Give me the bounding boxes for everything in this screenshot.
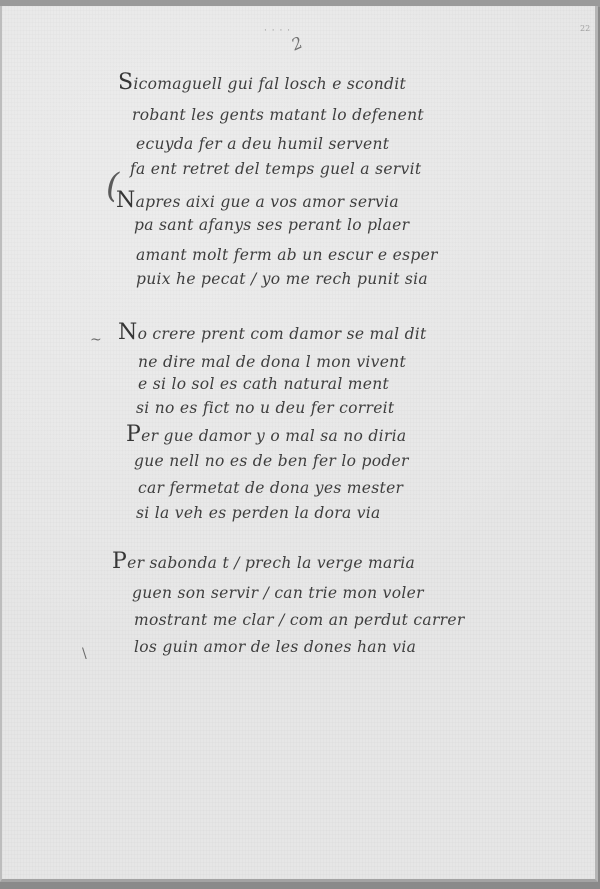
verse-line: mostrant me clar / com an perdut carrer: [134, 611, 465, 629]
verse-text: guen son servir / can trie mon voler: [132, 584, 424, 602]
verse-line: Per sabonda t / prech la verge maria: [112, 549, 415, 574]
initial-letter: P: [112, 549, 127, 574]
margin-mark-slash: \: [82, 646, 87, 662]
verse-text: mostrant me clar / com an perdut carrer: [134, 611, 465, 629]
verse-line: los guin amor de les dones han via: [134, 638, 416, 656]
verse-text: er sabonda t / prech la verge maria: [127, 554, 415, 572]
stanza-3: Per sabonda t / prech la verge maria gue…: [2, 6, 600, 686]
verse-line: guen son servir / can trie mon voler: [132, 584, 424, 602]
manuscript-page: · · · · 2 22 Sicomaguell gui fal losch e…: [0, 6, 598, 882]
verse-text: los guin amor de les dones han via: [134, 638, 416, 656]
